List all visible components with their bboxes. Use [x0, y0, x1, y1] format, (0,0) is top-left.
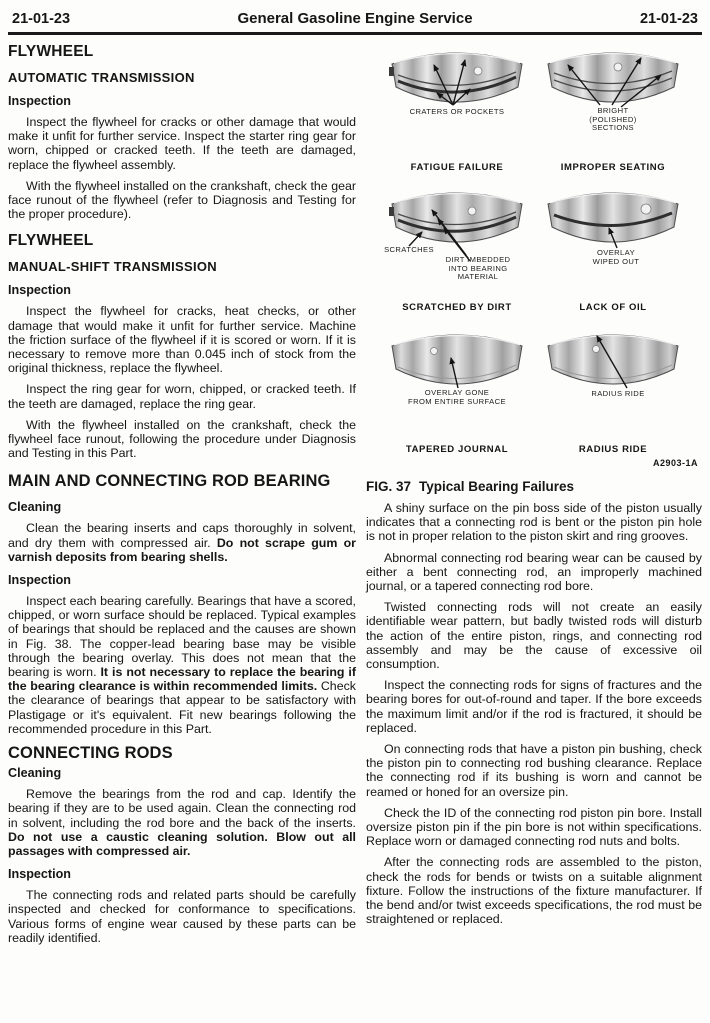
annotation-label: DIRT IMBEDDED INTO BEARING MATERIAL: [428, 256, 528, 282]
left-column: FLYWHEEL AUTOMATIC TRANSMISSION Inspecti…: [8, 37, 356, 945]
figure-caption: FIG. 37Typical Bearing Failures: [366, 479, 702, 494]
right-column: CRATERS OR POCKETS FATIGUE FAILURE: [366, 37, 702, 945]
section-title-connecting-rods: CONNECTING RODS: [8, 744, 356, 763]
figure-panel-lack-of-oil: OVERLAY WIPED OUT LACK OF OIL: [538, 185, 688, 313]
cleaning-heading: Cleaning: [8, 766, 356, 780]
inspection-heading: Inspection: [8, 94, 356, 108]
paragraph: Inspect the flywheel for cracks or other…: [8, 115, 356, 172]
figure-panel-radius-ride: RADIUS RIDE RADIUS RIDE: [538, 327, 688, 455]
annotation-label: SCRATCHES: [382, 246, 436, 255]
paragraph: Twisted connecting rods will not create …: [366, 600, 702, 671]
subsection-automatic-transmission: AUTOMATIC TRANSMISSION: [8, 70, 356, 85]
page-number-right: 21-01-23: [588, 11, 698, 27]
panel-caption: TAPERED JOURNAL: [382, 444, 532, 455]
panel-caption: FATIGUE FAILURE: [382, 162, 532, 173]
paragraph: A shiny surface on the pin boss side of …: [366, 501, 702, 544]
paragraph: Check the ID of the connecting rod pisto…: [366, 806, 702, 849]
paragraph: After the connecting rods are assembled …: [366, 855, 702, 926]
inspection-heading: Inspection: [8, 283, 356, 297]
section-title-flywheel-manual: FLYWHEEL: [8, 232, 356, 250]
annotation-label: OVERLAY GONE FROM ENTIRE SURFACE: [402, 389, 512, 406]
figure-panel-improper-seating: BRIGHT (POLISHED) SECTIONS IMPROPER SEAT…: [538, 45, 688, 173]
paragraph-text: Remove the bearings from the rod and cap…: [8, 787, 356, 829]
header-rule: [8, 32, 702, 35]
annotation-label: BRIGHT (POLISHED) SECTIONS: [573, 107, 653, 133]
manual-page: 21-01-23 General Gasoline Engine Service…: [0, 0, 710, 1023]
figure-reference-number: A2903-1A: [653, 458, 698, 468]
figure-panel-tapered-journal: OVERLAY GONE FROM ENTIRE SURFACE TAPERED…: [382, 327, 532, 455]
paragraph: Clean the bearing inserts and caps thoro…: [8, 521, 356, 564]
figure-37-bearing-failures: CRATERS OR POCKETS FATIGUE FAILURE: [366, 39, 702, 475]
inspection-heading: Inspection: [8, 573, 356, 587]
panel-caption: RADIUS RIDE: [538, 444, 688, 455]
annotation-label: OVERLAY WIPED OUT: [580, 249, 652, 266]
figure-number: FIG. 37: [366, 479, 411, 494]
page-title: General Gasoline Engine Service: [122, 10, 588, 27]
paragraph: On connecting rods that have a piston pi…: [366, 742, 702, 799]
page-number-left: 21-01-23: [12, 11, 122, 27]
paragraph: With the flywheel installed on the crank…: [8, 179, 356, 222]
paragraph: Inspect the connecting rods for signs of…: [366, 678, 702, 735]
bearing-shell-image: [538, 327, 688, 422]
paragraph: Inspect each bearing carefully. Bearings…: [8, 594, 356, 736]
bearing-shell-image: [382, 45, 532, 140]
bearing-shell-image: [382, 327, 532, 422]
paragraph: With the flywheel installed on the crank…: [8, 418, 356, 461]
section-title-main-bearing: MAIN AND CONNECTING ROD BEARING: [8, 472, 356, 491]
paragraph-bold-warning: Do not use a caustic cleaning solution. …: [8, 830, 356, 858]
page-header: 21-01-23 General Gasoline Engine Service…: [8, 6, 702, 32]
figure-caption-text: Typical Bearing Failures: [419, 479, 574, 494]
paragraph: Inspect the flywheel for cracks, heat ch…: [8, 304, 356, 375]
paragraph: The connecting rods and related parts sh…: [8, 888, 356, 945]
paragraph: Abnormal connecting rod bearing wear can…: [366, 551, 702, 594]
figure-panel-fatigue-failure: CRATERS OR POCKETS FATIGUE FAILURE: [382, 45, 532, 173]
panel-caption: IMPROPER SEATING: [538, 162, 688, 173]
annotation-label: CRATERS OR POCKETS: [394, 108, 520, 117]
paragraph: Remove the bearings from the rod and cap…: [8, 787, 356, 858]
inspection-heading: Inspection: [8, 867, 356, 881]
figure-panel-scratched-by-dirt: SCRATCHES DIRT IMBEDDED INTO BEARING MAT…: [382, 185, 532, 313]
subsection-manual-shift-transmission: MANUAL-SHIFT TRANSMISSION: [8, 259, 356, 274]
cleaning-heading: Cleaning: [8, 500, 356, 514]
panel-caption: SCRATCHED BY DIRT: [382, 302, 532, 313]
annotation-label: RADIUS RIDE: [578, 390, 658, 399]
paragraph: Inspect the ring gear for worn, chipped,…: [8, 382, 356, 410]
section-title-flywheel-auto: FLYWHEEL: [8, 43, 356, 61]
panel-caption: LACK OF OIL: [538, 302, 688, 313]
